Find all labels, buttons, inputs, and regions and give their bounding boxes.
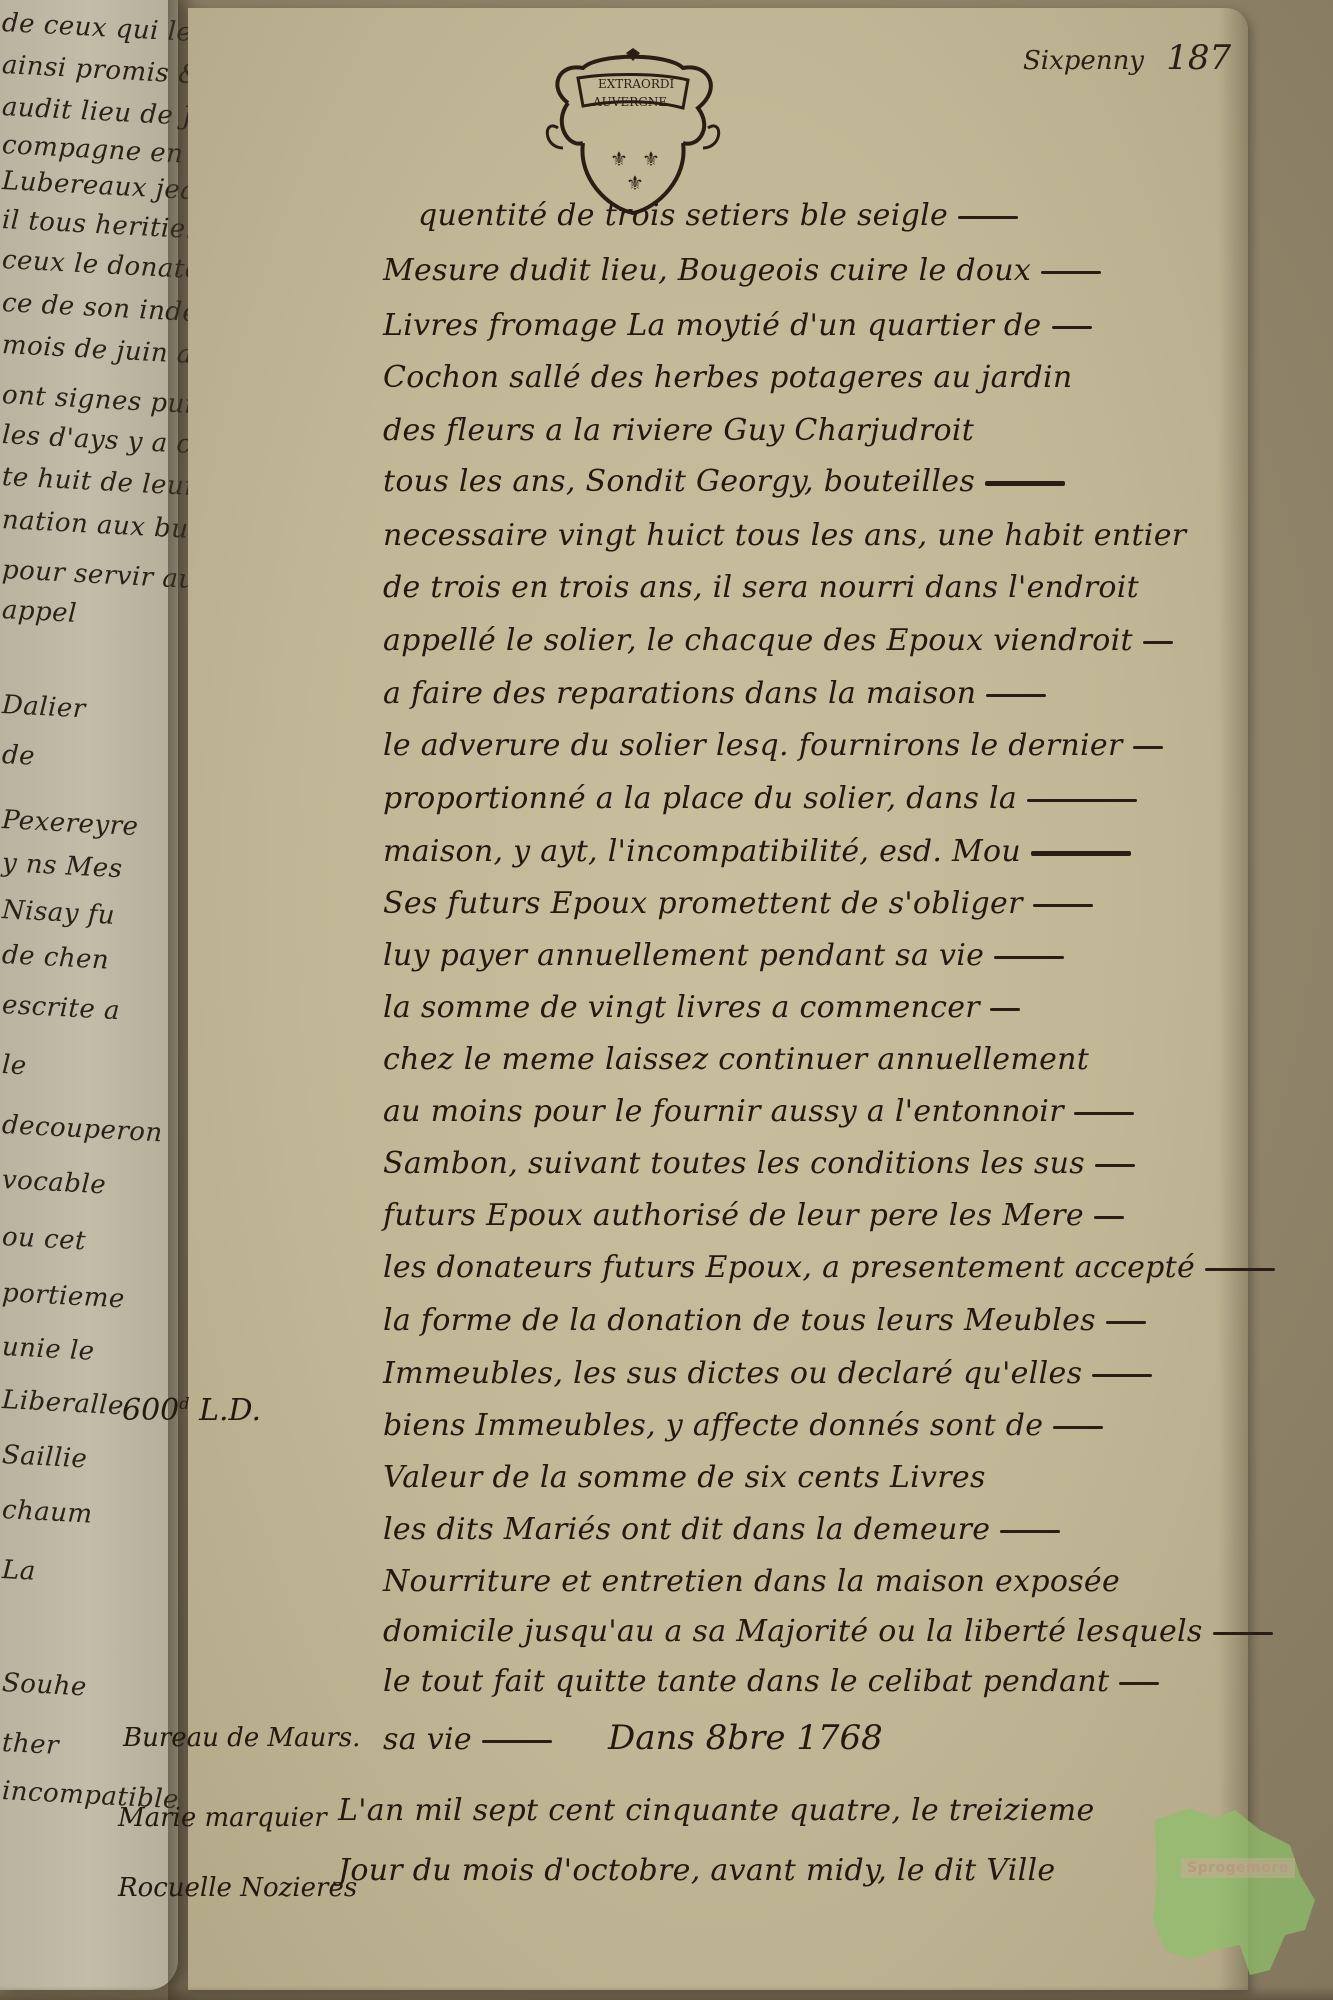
main-page: Sixpenny 187 EXTRAORDI AUVERGNE ⚜ ⚜ ⚜ qu… [188, 8, 1248, 1990]
left-page: de ceux qui les conv ainsi promis & obli… [0, 0, 178, 1990]
body-line: biens Immeubles, y affecte donnés sont d… [383, 1408, 1103, 1443]
body-line: chez le meme laissez continuer annuellem… [383, 1042, 1089, 1077]
body-line: proportionné a la place du solier, dans … [383, 781, 1137, 816]
left-line: y ns Mes [1, 848, 123, 884]
left-line: unie le [1, 1332, 95, 1367]
body-line: tous les ans, Sondit Georgy, bouteilles [383, 464, 1065, 499]
left-line: ou cet [1, 1222, 87, 1256]
closing-line-1: L'an mil sept cent cinquante quatre, le … [338, 1793, 1095, 1828]
map-shape-icon [1145, 1800, 1325, 1990]
left-line: decouperon [1, 1110, 163, 1148]
body-line: domicile jusqu'au a sa Majorité ou la li… [383, 1614, 1273, 1649]
body-line: Sambon, suivant toutes les conditions le… [383, 1146, 1135, 1181]
left-page-text: de ceux qui les conv ainsi promis & obli… [0, 0, 178, 1990]
left-line: Liberalle [1, 1385, 124, 1421]
date-note: Dans 8bre 1768 [608, 1718, 883, 1758]
left-line: vocable [1, 1165, 107, 1200]
left-line: chaum [1, 1495, 93, 1530]
left-line: portieme [1, 1278, 125, 1314]
left-line: le [1, 1050, 27, 1081]
document-body: quentité de trois setiers ble seigle Mes… [188, 8, 1248, 1990]
body-line: a faire des reparations dans la maison [383, 676, 1046, 711]
margin-amount: 600d L.D. [122, 1393, 261, 1428]
body-line: Nourriture et entretien dans la maison e… [383, 1564, 1120, 1599]
left-line: La [1, 1555, 36, 1587]
left-line: escrite a [1, 990, 121, 1026]
signature-rocuelle: Rocuelle Nozieres [118, 1873, 357, 1903]
body-line: la somme de vingt livres a commencer [383, 990, 1020, 1025]
body-line: maison, y ayt, l'incompatibilité, esd. M… [383, 834, 1131, 869]
body-line: appellé le solier, le chacque des Epoux … [383, 623, 1173, 658]
left-line: Souhe [1, 1668, 87, 1702]
body-line: luy payer annuellement pendant sa vie [383, 938, 1064, 973]
body-line: Ses futurs Epoux promettent de s'obliger [383, 886, 1093, 921]
body-line: de trois en trois ans, il sera nourri da… [383, 570, 1139, 605]
signature-bureau: Bureau de Maurs. [123, 1723, 360, 1753]
body-line: au moins pour le fournir aussy a l'enton… [383, 1094, 1134, 1129]
body-line: futurs Epoux authorisé de leur pere les … [383, 1198, 1124, 1233]
body-line: Valeur de la somme de six cents Livres [383, 1460, 986, 1495]
left-line: appel [1, 595, 77, 629]
left-line: Nisay fu [1, 895, 116, 931]
body-line: Cochon sallé des herbes potageres au jar… [383, 360, 1073, 395]
body-line: necessaire vingt huict tous les ans, une… [383, 518, 1186, 553]
body-line: les dits Mariés ont dit dans la demeure [383, 1512, 1060, 1547]
body-line: les donateurs futurs Epoux, a presenteme… [383, 1250, 1275, 1285]
body-line: la forme de la donation de tous leurs Me… [383, 1303, 1146, 1338]
body-line: le adverure du solier lesq. fournirons l… [383, 728, 1163, 763]
left-line: Pexereyre [1, 805, 139, 842]
left-line: de chen [1, 940, 110, 976]
left-line: ther [1, 1728, 60, 1761]
body-line: Immeubles, les sus dictes ou declaré qu'… [383, 1356, 1152, 1391]
body-line: des fleurs a la riviere Guy Charjudroit [383, 413, 974, 448]
left-line: Dalier [1, 690, 86, 724]
body-line: Livres fromage La moytié d'un quartier d… [383, 308, 1092, 343]
body-line: quentité de trois setiers ble seigle [418, 198, 1018, 233]
watermark-logo: Sprogemore [1145, 1800, 1325, 1990]
body-line: sa vie [383, 1722, 552, 1757]
body-line: le tout fait quitte tante dans le celiba… [383, 1664, 1159, 1699]
watermark-text: Sprogemore [1181, 1858, 1295, 1878]
signature-marie: Marie marquier [118, 1803, 327, 1833]
left-line: de [1, 740, 36, 772]
left-line: Saillie [1, 1440, 88, 1474]
closing-line-2: Jour du mois d'octobre, avant midy, le d… [338, 1853, 1055, 1888]
bottom-shadow [0, 1986, 1333, 2000]
body-line: Mesure dudit lieu, Bougeois cuire le dou… [383, 253, 1101, 288]
